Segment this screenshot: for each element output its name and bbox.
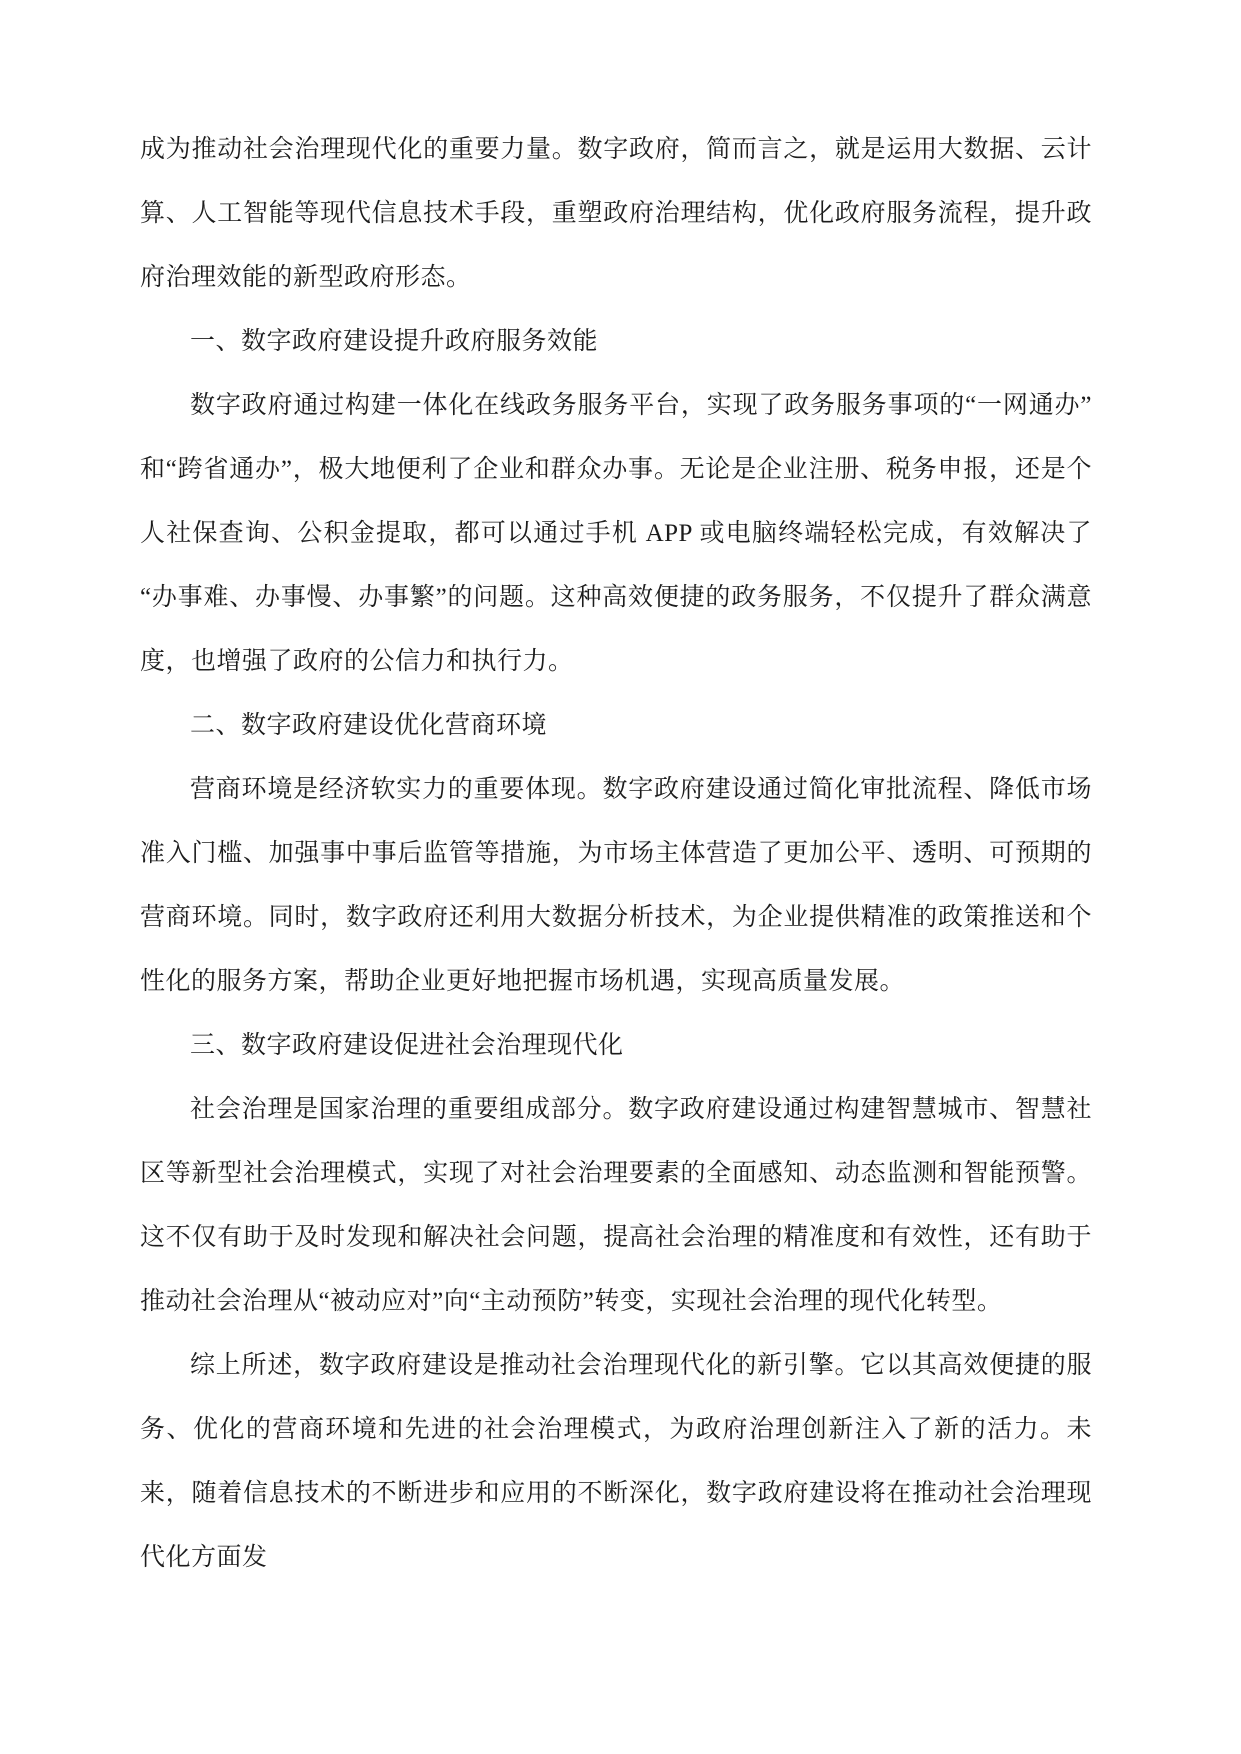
paragraph: 成为推动社会治理现代化的重要力量。数字政府，简而言之，就是运用大数据、云计算、人… — [140, 118, 1092, 310]
paragraph: 数字政府通过构建一体化在线政务服务平台，实现了政务服务事项的“一网通办”和“跨省… — [140, 374, 1092, 694]
paragraph: 综上所述，数字政府建设是推动社会治理现代化的新引擎。它以其高效便捷的服务、优化的… — [140, 1334, 1092, 1590]
paragraph: 社会治理是国家治理的重要组成部分。数字政府建设通过构建智慧城市、智慧社区等新型社… — [140, 1078, 1092, 1334]
document-page: 成为推动社会治理现代化的重要力量。数字政府，简而言之，就是运用大数据、云计算、人… — [0, 0, 1241, 1754]
document-body: 成为推动社会治理现代化的重要力量。数字政府，简而言之，就是运用大数据、云计算、人… — [140, 118, 1092, 1590]
section-heading: 三、数字政府建设促进社会治理现代化 — [140, 1014, 1092, 1078]
section-heading: 一、数字政府建设提升政府服务效能 — [140, 310, 1092, 374]
section-heading: 二、数字政府建设优化营商环境 — [140, 694, 1092, 758]
paragraph: 营商环境是经济软实力的重要体现。数字政府建设通过简化审批流程、降低市场准入门槛、… — [140, 758, 1092, 1014]
